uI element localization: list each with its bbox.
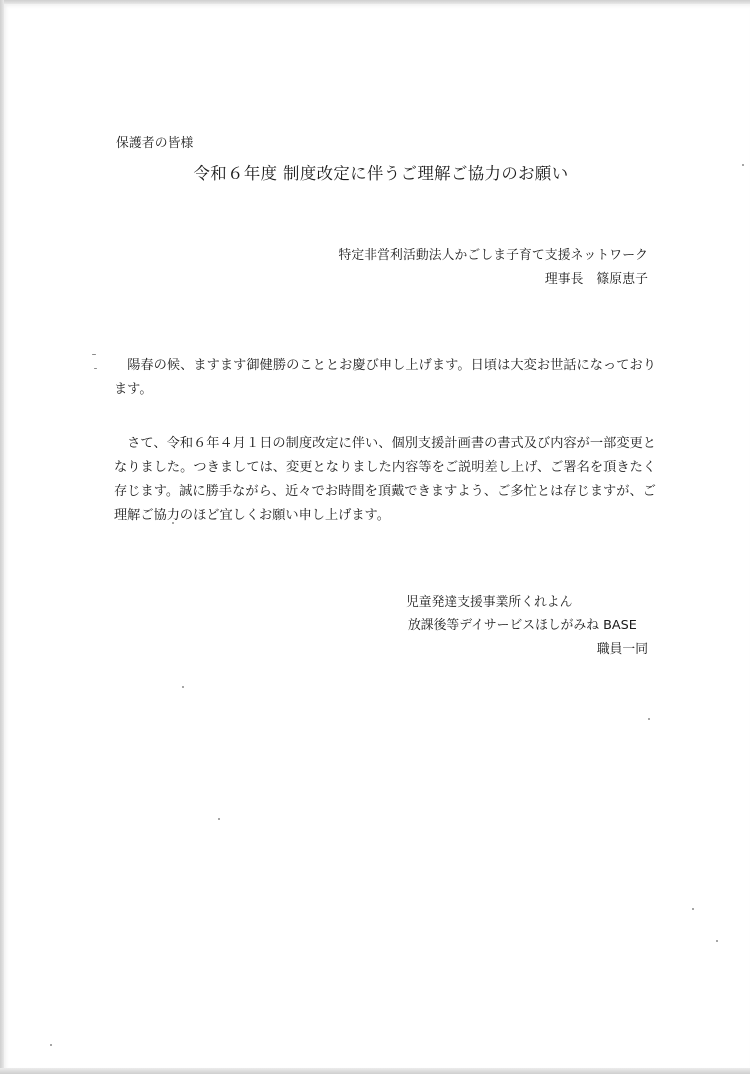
scan-speck: [218, 818, 220, 820]
scan-speck: [172, 522, 174, 524]
document-page: 保護者の皆様 令和６年度 制度改定に伴うご理解ご協力のお願い 特定非営利活動法人…: [4, 4, 750, 1068]
sender-chair: 理事長 篠原恵子: [545, 274, 648, 287]
body-paragraph-greeting: 陽春の候、ますます御健勝のこととお慶び申し上げます。日頃は大変お世話になっており…: [114, 354, 656, 402]
scan-speck: [94, 368, 97, 369]
scan-speck: [716, 940, 718, 942]
scan-speck: [182, 686, 184, 688]
signature-facility-2: 放課後等デイサービスほしがみね BASE: [408, 614, 637, 633]
signature-staff: 職員一同: [597, 638, 648, 657]
scan-edge-bottom: [0, 1068, 750, 1074]
scan-speck: [742, 164, 744, 166]
sender-organization: 特定非営利活動法人かごしま子育て支援ネットワーク: [338, 250, 648, 263]
scan-speck: [92, 354, 96, 355]
scan-speck: [50, 1044, 52, 1046]
addressee: 保護者の皆様: [116, 138, 193, 151]
scan-speck: [307, 174, 309, 176]
body-paragraph-request: さて、令和６年４月１日の制度改定に伴い、個別支援計画書の書式及び内容が一部変更と…: [114, 432, 656, 528]
scan-speck: [648, 718, 650, 720]
document-title: 令和６年度 制度改定に伴うご理解ご協力のお願い: [4, 166, 750, 182]
signature-facility-1: 児童発達支援事業所くれよん: [406, 591, 572, 610]
scan-speck: [692, 908, 694, 910]
